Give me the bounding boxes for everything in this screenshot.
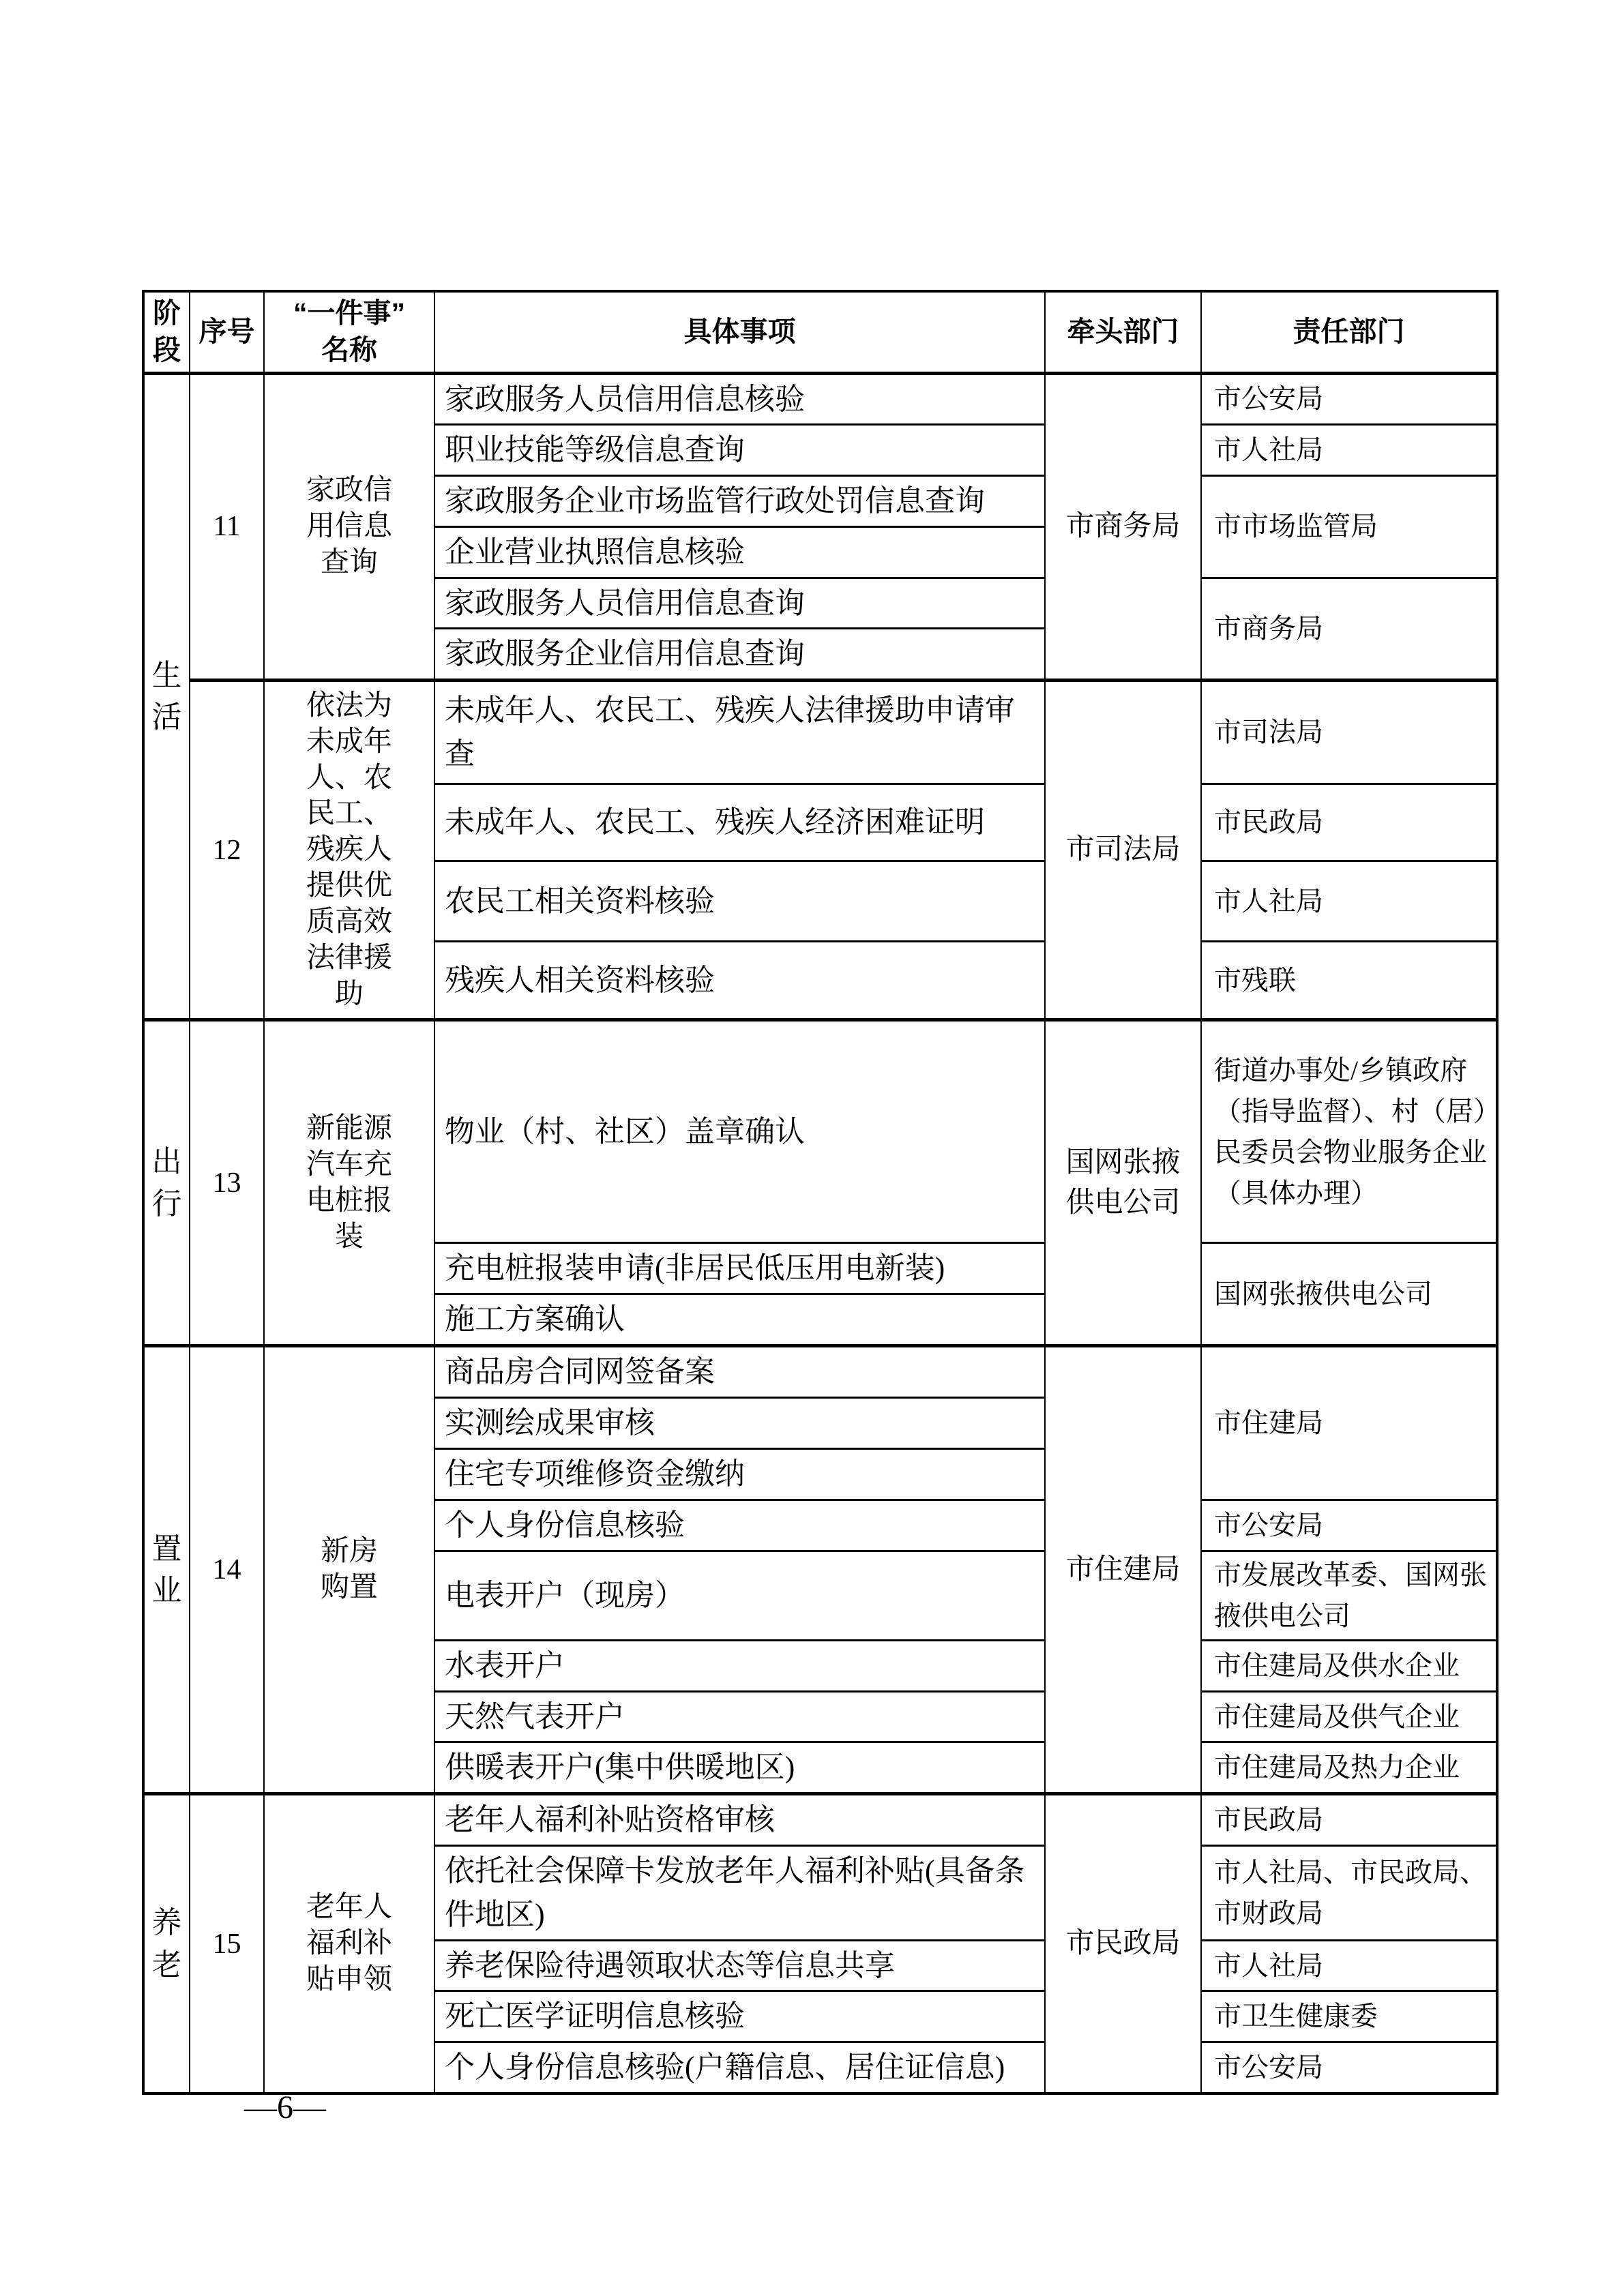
resp-cell: 市公安局 [1201,1500,1497,1551]
item-cell: 死亡医学证明信息核验 [434,1991,1045,2042]
resp-cell: 街道办事处/乡镇政府（指导监督）、村（居）民委员会物业服务企业（具体办理） [1201,1020,1497,1243]
resp-cell: 市住建局及供气企业 [1201,1691,1497,1742]
page-number: —6— [244,2088,326,2128]
header-cell-item: 具体事项 [434,291,1045,373]
item-cell: 实测绘成果审核 [434,1398,1045,1449]
item-cell: 个人身份信息核验(户籍信息、居住证信息) [434,2042,1045,2093]
name-cell-11: 家政信用信息查询 [264,373,434,681]
item-cell: 施工方案确认 [434,1294,1045,1346]
resp-cell: 市民政局 [1201,784,1497,861]
resp-cell: 市司法局 [1201,681,1497,784]
resp-cell: 市民政局 [1201,1794,1497,1846]
resp-cell: 国网张掖供电公司 [1201,1243,1497,1346]
item-cell: 残疾人相关资料核验 [434,942,1045,1020]
item-cell: 水表开户 [434,1640,1045,1691]
resp-cell: 市人社局 [1201,1940,1497,1991]
item-cell: 未成年人、农民工、残疾人经济困难证明 [434,784,1045,861]
resp-cell: 市住建局及热力企业 [1201,1742,1497,1794]
resp-cell: 市人社局、市民政局、市财政局 [1201,1846,1497,1941]
item-cell: 依托社会保障卡发放老年人福利补贴(具备条件地区) [434,1846,1045,1941]
resp-cell: 市人社局 [1201,425,1497,476]
item-cell: 家政服务人员信用信息核验 [434,373,1045,425]
header-cell-name: “一件事” 名称 [264,291,434,373]
name-text: 新能源汽车充电桩报装 [305,1111,394,1255]
table-row: 养老 15 老年人福利补贴申领 老年人福利补贴资格审核 市民政局 市民政局 [143,1794,1497,1846]
item-cell: 住宅专项维修资金缴纳 [434,1449,1045,1500]
serial-cell-15: 15 [190,1794,264,2093]
one-thing-items-table: 阶段 序号 “一件事” 名称 具体事项 牵头部门 责任部门 生活 11 家政信用… [142,290,1498,2095]
lead-text: 国网张掖供电公司 [1065,1143,1182,1223]
name-cell-14: 新房购置 [264,1346,434,1794]
stage-cell-travel: 出行 [143,1020,190,1346]
table-row: 生活 11 家政信用信息查询 家政服务人员信用信息核验 市商务局 市公安局 [143,373,1497,425]
item-cell: 天然气表开户 [434,1691,1045,1742]
table-header-row: 阶段 序号 “一件事” 名称 具体事项 牵头部门 责任部门 [143,291,1497,373]
resp-cell: 市市场监管局 [1201,476,1497,578]
header-cell-responsible: 责任部门 [1201,291,1497,373]
item-cell: 家政服务企业市场监管行政处罚信息查询 [434,476,1045,527]
item-cell: 家政服务人员信用信息查询 [434,578,1045,629]
resp-cell: 市人社局 [1201,861,1497,942]
item-cell: 老年人福利补贴资格审核 [434,1794,1045,1846]
name-cell-12: 依法为未成年人、农民工、残疾人提供优质高效法律援助 [264,681,434,1020]
resp-cell: 市住建局 [1201,1346,1497,1500]
stage-cell-eldercare: 养老 [143,1794,190,2093]
document-page: 阶段 序号 “一件事” 名称 具体事项 牵头部门 责任部门 生活 11 家政信用… [0,0,1624,2296]
lead-cell-14: 市住建局 [1045,1346,1201,1794]
header-cell-serial: 序号 [190,291,264,373]
name-cell-13: 新能源汽车充电桩报装 [264,1020,434,1346]
serial-cell-12: 12 [190,681,264,1020]
lead-cell-12: 市司法局 [1045,681,1201,1020]
name-text: 老年人福利补贴申领 [305,1890,394,1998]
stage-cell-housing: 置业 [143,1346,190,1794]
name-text: 新房购置 [319,1534,379,1606]
item-cell: 个人身份信息核验 [434,1500,1045,1551]
item-cell: 商品房合同网签备案 [434,1346,1045,1398]
item-cell: 职业技能等级信息查询 [434,425,1045,476]
name-text: 家政信用信息查询 [305,473,394,581]
name-cell-15: 老年人福利补贴申领 [264,1794,434,2093]
item-cell: 家政服务企业信用信息查询 [434,629,1045,681]
header-cell-lead: 牵头部门 [1045,291,1201,373]
serial-cell-13: 13 [190,1020,264,1346]
table-row: 置业 14 新房购置 商品房合同网签备案 市住建局 市住建局 [143,1346,1497,1398]
serial-cell-11: 11 [190,373,264,681]
item-cell: 未成年人、农民工、残疾人法律援助申请审查 [434,681,1045,784]
table-row: 出行 13 新能源汽车充电桩报装 物业（村、社区）盖章确认 国网张掖供电公司 街… [143,1020,1497,1243]
table-row: 12 依法为未成年人、农民工、残疾人提供优质高效法律援助 未成年人、农民工、残疾… [143,681,1497,784]
item-cell: 农民工相关资料核验 [434,861,1045,942]
resp-cell: 市发展改革委、国网张掖供电公司 [1201,1551,1497,1640]
resp-cell: 市商务局 [1201,578,1497,681]
item-cell: 充电桩报装申请(非居民低压用电新装) [434,1243,1045,1294]
item-cell: 供暖表开户(集中供暖地区) [434,1742,1045,1794]
resp-cell: 市卫生健康委 [1201,1991,1497,2042]
lead-cell-15: 市民政局 [1045,1794,1201,2093]
header-cell-stage: 阶段 [143,291,190,373]
lead-cell-11: 市商务局 [1045,373,1201,681]
item-cell: 电表开户（现房） [434,1551,1045,1640]
resp-cell: 市住建局及供水企业 [1201,1640,1497,1691]
item-cell: 企业营业执照信息核验 [434,526,1045,578]
serial-cell-14: 14 [190,1346,264,1794]
resp-cell: 市公安局 [1201,373,1497,425]
item-cell: 物业（村、社区）盖章确认 [434,1020,1045,1243]
item-cell: 养老保险待遇领取状态等信息共享 [434,1940,1045,1991]
resp-cell: 市残联 [1201,942,1497,1020]
stage-cell-life: 生活 [143,373,190,1020]
resp-cell: 市公安局 [1201,2042,1497,2093]
name-text: 依法为未成年人、农民工、残疾人提供优质高效法律援助 [305,688,394,1013]
lead-cell-13: 国网张掖供电公司 [1045,1020,1201,1346]
